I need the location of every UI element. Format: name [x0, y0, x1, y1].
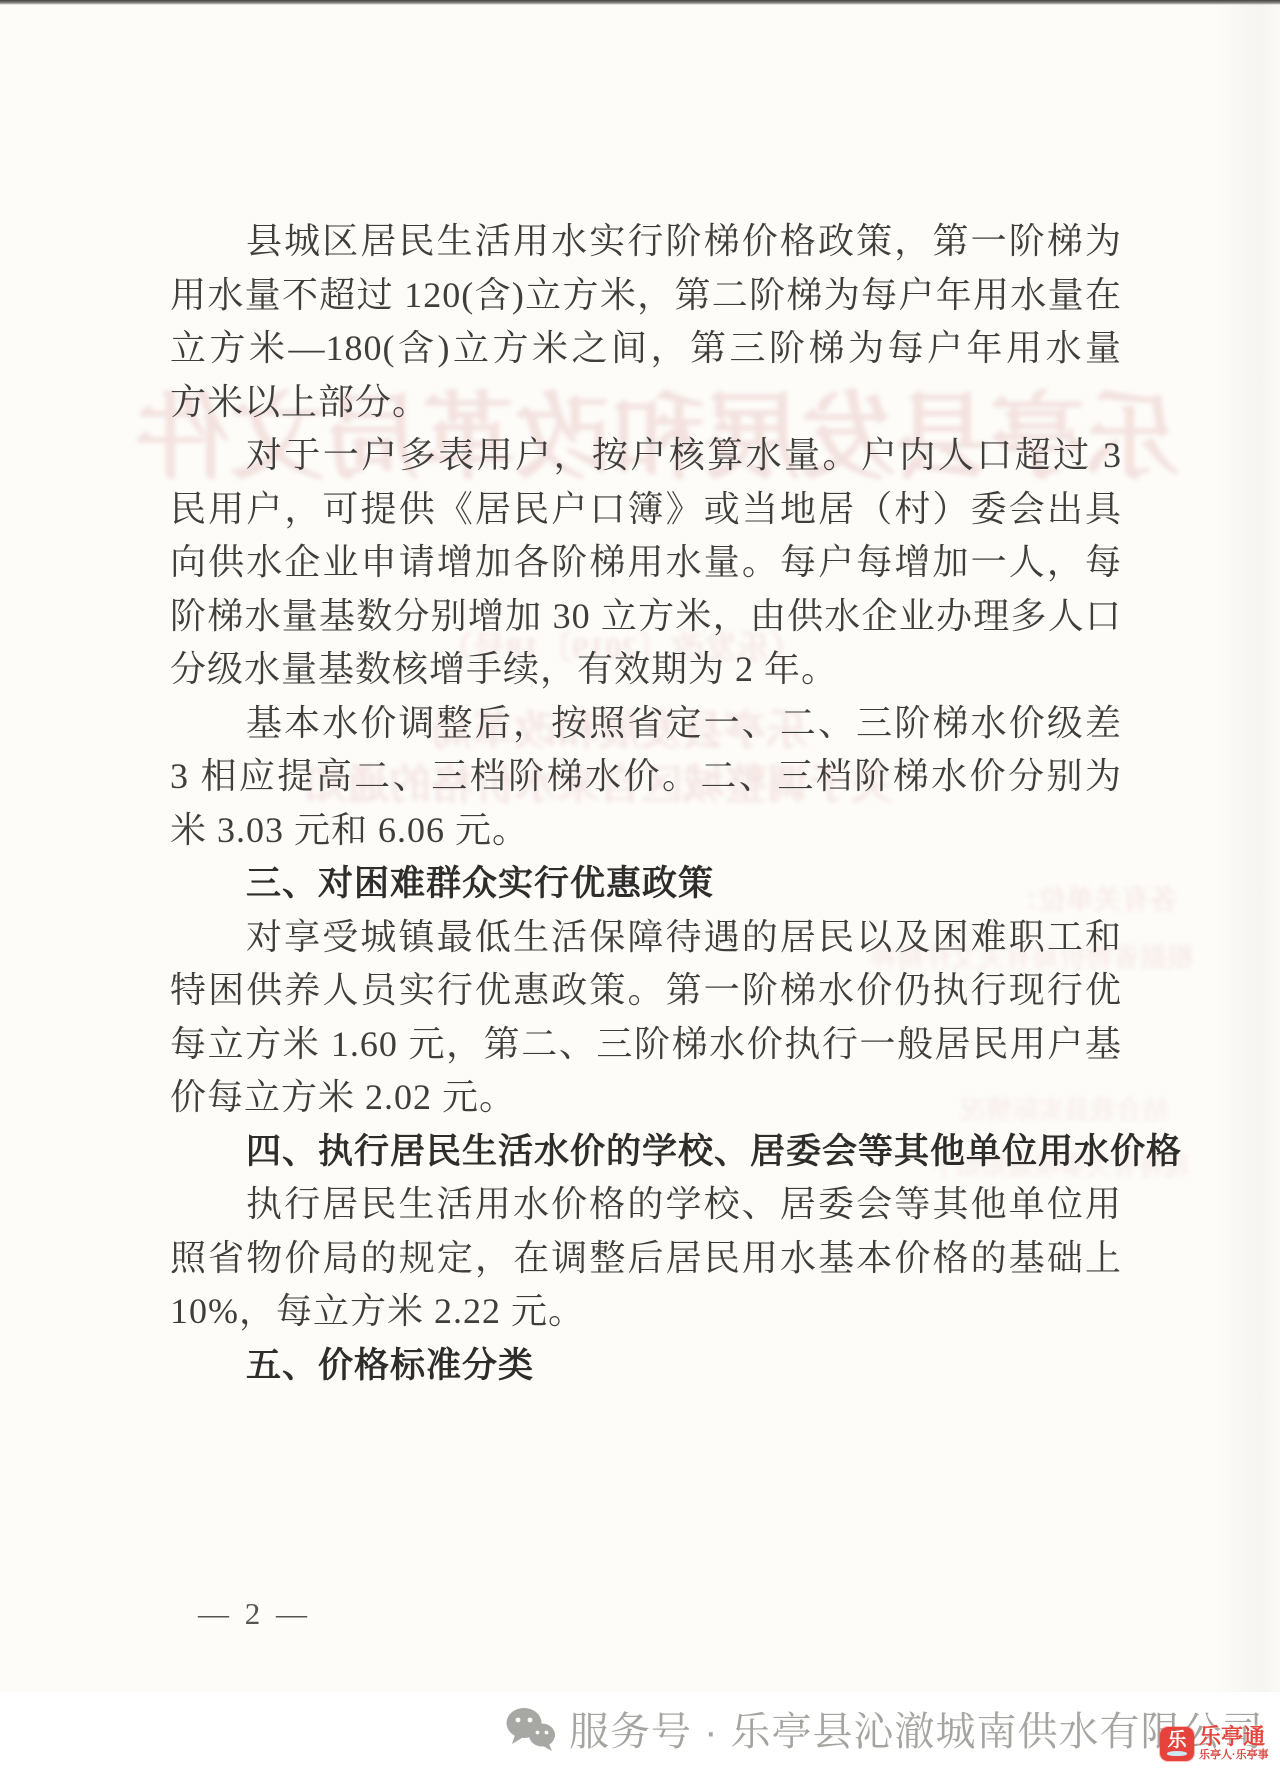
section-heading: 四、执行居民生活水价的学校、居委会等其他单位用水价格	[170, 1125, 1122, 1179]
section-heading: 五、价格标准分类	[170, 1339, 1122, 1393]
text-line: 向供水企业申请增加各阶梯用水量。每户每增加一人，每年各级	[170, 536, 1122, 590]
text-line: 阶梯水量基数分别增加 30 立方米，由供水企业办理多人口用户	[170, 590, 1122, 644]
scan-edge-top	[0, 0, 1280, 5]
text-line: 立方米—180(含)立方米之间，第三阶梯为每户年用水量 180 立	[170, 322, 1122, 376]
letingtong-subtitle: 乐亭人·乐亭事	[1199, 1750, 1269, 1761]
text-line: 基本水价调整后，按照省定一、二、三阶梯水价级差 1∶1.5∶	[170, 697, 1122, 751]
text-line: 特困供养人员实行优惠政策。第一阶梯水价仍执行现行优惠价格	[170, 964, 1122, 1018]
text-line: 用水量不超过 120(含)立方米，第二阶梯为每户年用水量在 120	[170, 269, 1122, 323]
footer: 服务号 · 乐亭县沁澈城南供水有限公司 乐 乐亭通 乐亭人·乐亭事	[0, 1692, 1280, 1768]
text-line: 米 3.03 元和 6.06 元。	[170, 804, 1122, 858]
wave-icon	[1167, 1751, 1187, 1756]
text-line: 执行居民生活用水价格的学校、居委会等其他单位用水，按	[170, 1178, 1122, 1232]
text-line: 价每立方米 2.02 元。	[170, 1071, 1122, 1125]
text-line: 民用户，可提供《居民户口簿》或当地居（村）委会出具的证明，	[170, 483, 1122, 537]
letingtong-logo: 乐 乐亭通 乐亭人·乐亭事	[1160, 1726, 1280, 1761]
text-line: 方米以上部分。	[170, 376, 1122, 430]
document-body: 县城区居民生活用水实行阶梯价格政策，第一阶梯为每户年用水量不超过 120(含)立…	[170, 215, 1122, 1392]
text-line: 对于一户多表用户，按户核算水量。户内人口超过 3 人的居	[170, 429, 1122, 483]
page-number: — 2 —	[198, 1596, 311, 1632]
text-line: 3 相应提高二、三档阶梯水价。二、三档阶梯水价分别为每立方	[170, 750, 1122, 804]
text-line: 每立方米 1.60 元，第二、三阶梯水价执行一般居民用户基本水	[170, 1018, 1122, 1072]
footer-service-line: 服务号 · 乐亭县沁澈城南供水有限公司	[505, 1700, 1264, 1757]
text-line: 照省物价局的规定，在调整后居民用水基本价格的基础上上浮	[170, 1232, 1122, 1286]
letingtong-text: 乐亭通 乐亭人·乐亭事	[1199, 1726, 1269, 1761]
section-heading: 三、对困难群众实行优惠政策	[170, 857, 1122, 911]
text-line: 县城区居民生活用水实行阶梯价格政策，第一阶梯为每户年	[170, 215, 1122, 269]
scan-shade-right	[1210, 0, 1280, 1768]
letingtong-app-icon: 乐	[1160, 1727, 1194, 1761]
letingtong-badge-char: 乐	[1167, 1731, 1186, 1750]
wechat-icon	[505, 1706, 557, 1752]
text-line: 对享受城镇最低生活保障待遇的居民以及困难职工和城市	[170, 911, 1122, 965]
letingtong-title: 乐亭通	[1199, 1726, 1269, 1748]
text-line: 10%，每立方米 2.22 元。	[170, 1285, 1122, 1339]
text-line: 分级水量基数核增手续，有效期为 2 年。	[170, 643, 1122, 697]
